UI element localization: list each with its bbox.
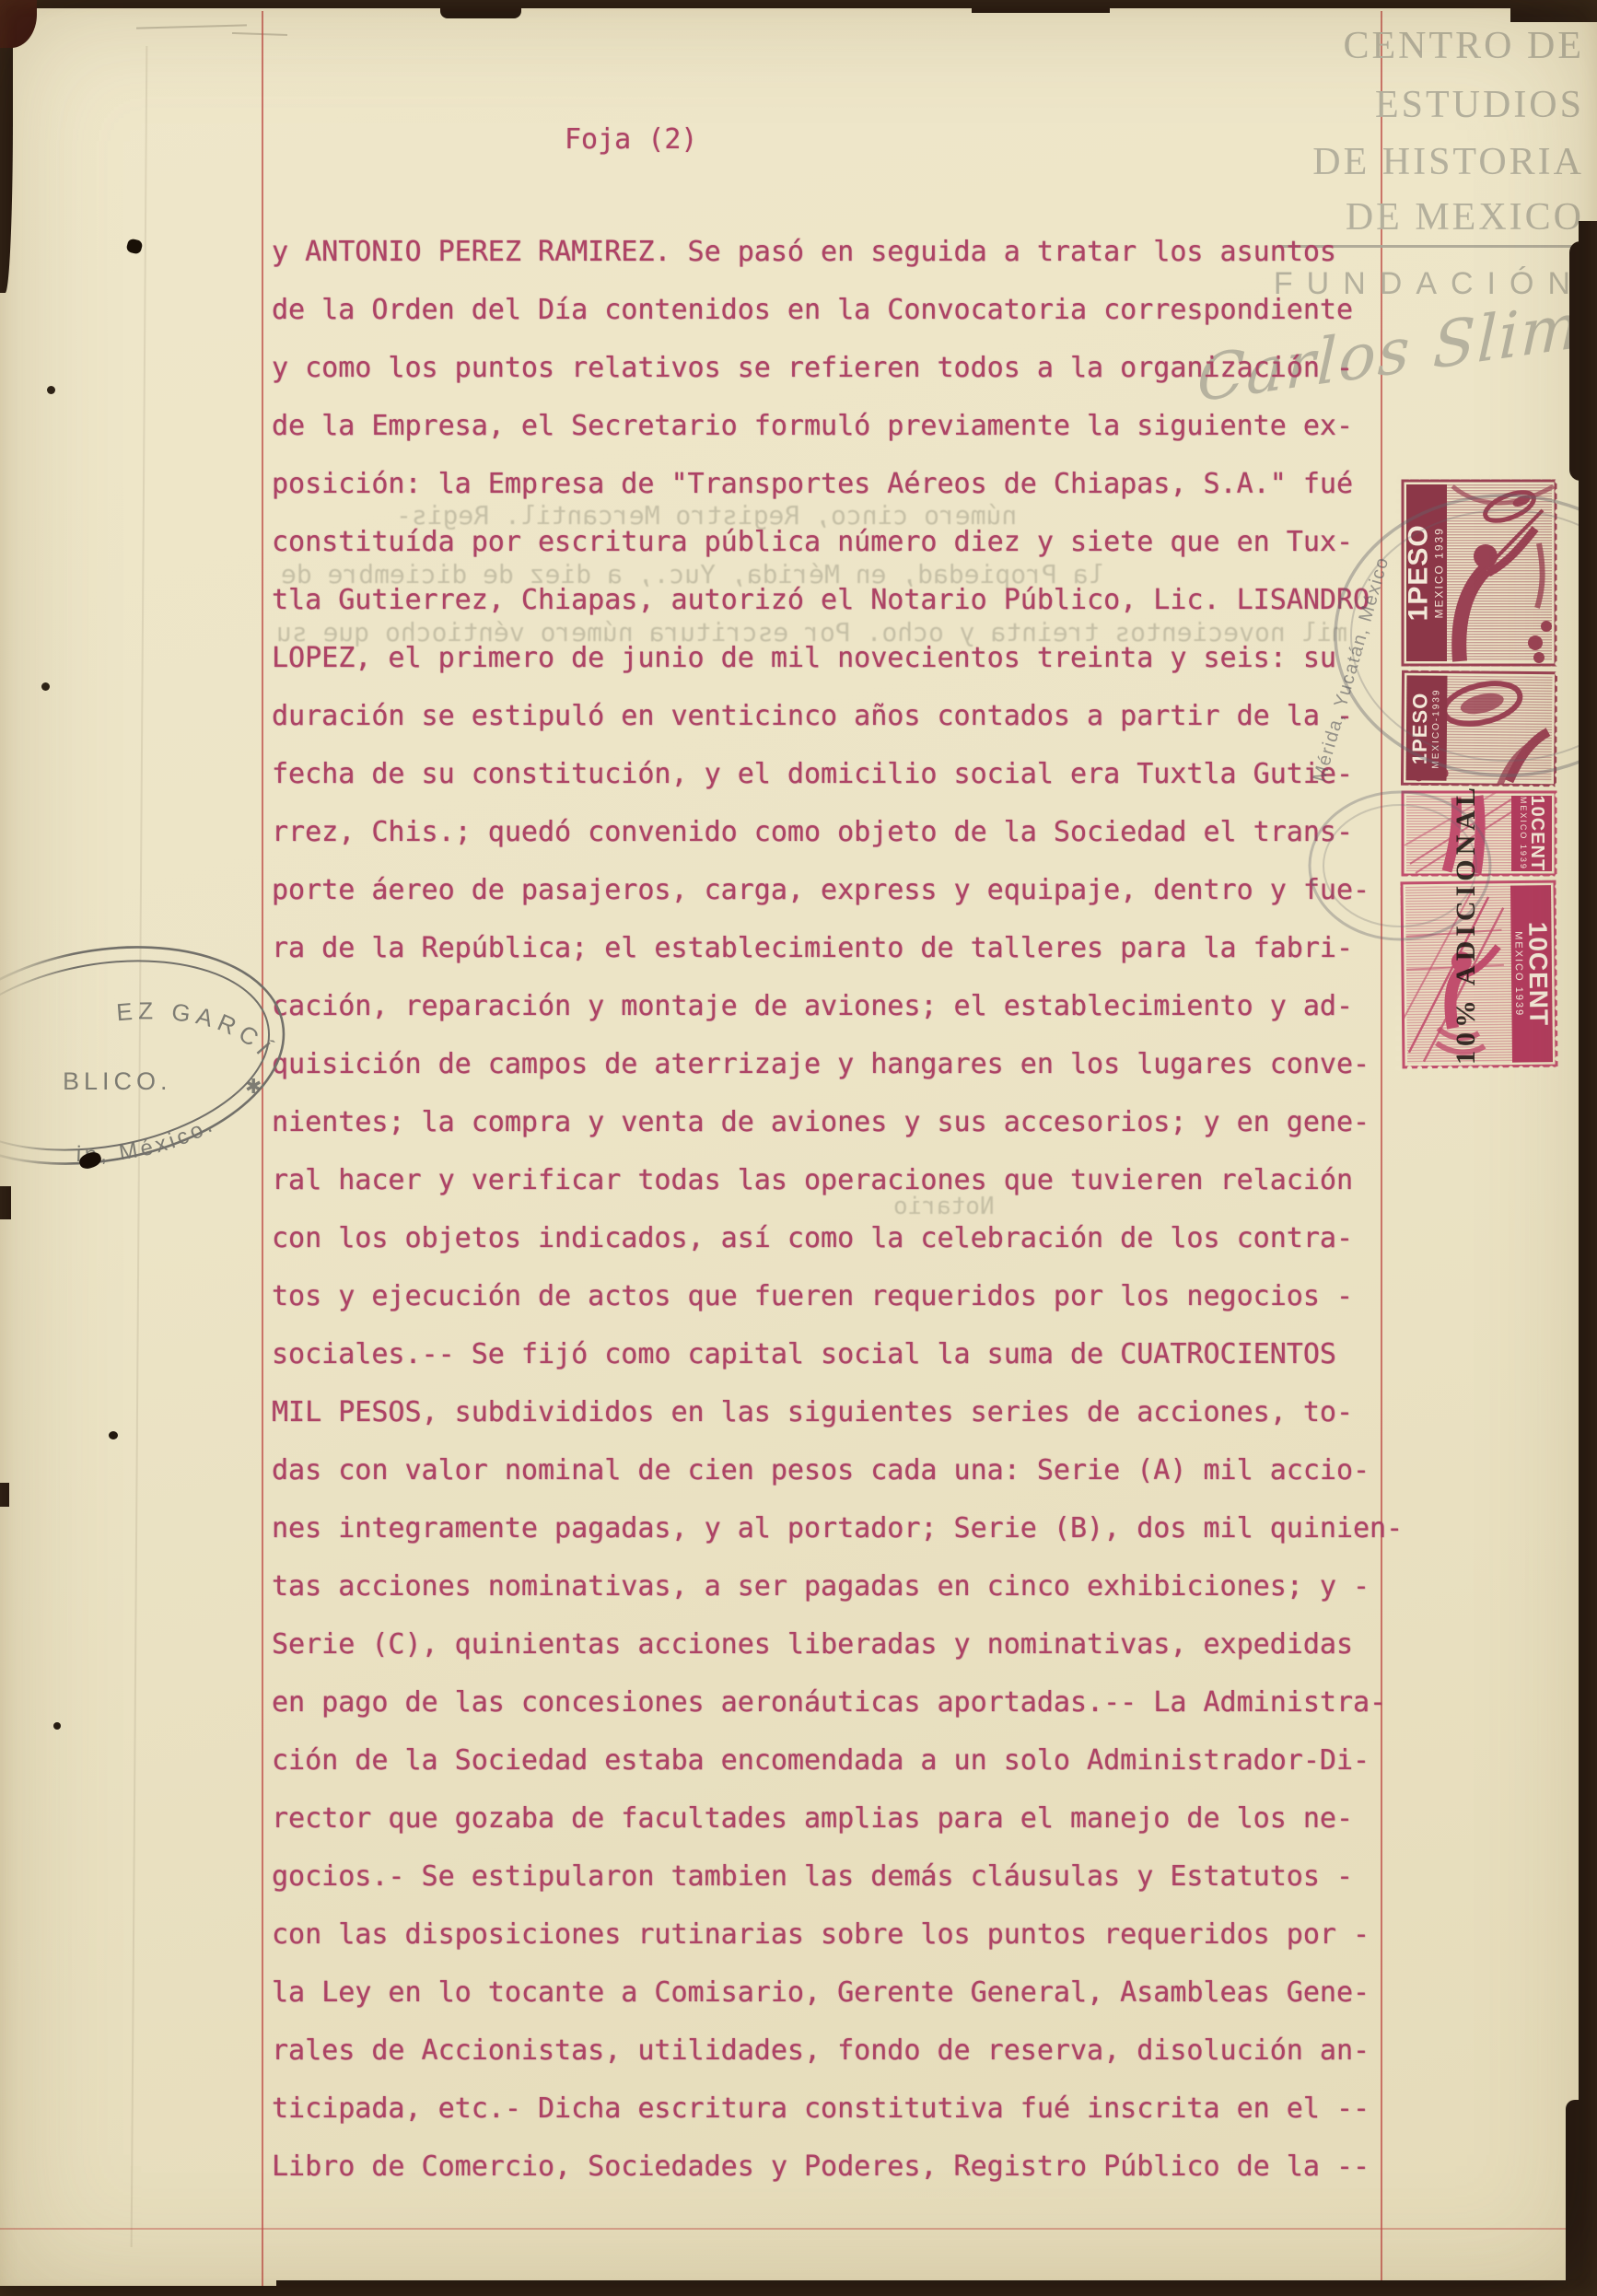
typewritten-line: ticipada, etc.- Dicha escritura constitu… — [272, 2080, 1403, 2138]
typewritten-line: quisición de campos de aterrizaje y hang… — [272, 1035, 1403, 1093]
typewritten-line: tla Gutierrez, Chiapas, autorizó el Nota… — [272, 571, 1403, 629]
scanned-document-page: CENTRO DEESTUDIOSDE HISTORIADE MEXICO FU… — [0, 0, 1597, 2296]
typewritten-line: con los objetos indicados, así como la c… — [272, 1209, 1403, 1267]
bottom-margin-line — [0, 2228, 1597, 2230]
watermark-line: ESTUDIOS — [1375, 83, 1584, 127]
typewritten-line: cación, reparación y montaje de aviones;… — [272, 977, 1403, 1035]
typewritten-text-block: y ANTONIO PEREZ RAMIREZ. Se pasó en segu… — [272, 223, 1403, 2196]
ink-speck — [109, 1431, 118, 1439]
typewritten-line: tos y ejecución de actos que fueren requ… — [272, 1267, 1403, 1325]
typewritten-line: rrez, Chis.; quedó convenido como objeto… — [272, 803, 1403, 861]
cancellation-place-text: Mérida, Yucatán, México — [1310, 554, 1393, 784]
typewritten-line: ra de la República; el establecimiento d… — [272, 919, 1403, 977]
scan-edge-top — [440, 0, 521, 18]
typewritten-line: con las disposiciones rutinarias sobre l… — [272, 1906, 1403, 1964]
typewritten-line: das con valor nominal de cien pesos cada… — [272, 1441, 1403, 1499]
typewritten-line: MIL PESOS, subdivididos en las siguiente… — [272, 1383, 1403, 1441]
ink-speck — [41, 682, 50, 691]
typewritten-line: ral hacer y verificar todas las operacio… — [272, 1151, 1403, 1209]
typewritten-line: la Ley en lo tocante a Comisario, Gerent… — [272, 1964, 1403, 2022]
typewritten-line: sociales.-- Se fijó como capital social … — [272, 1325, 1403, 1383]
scan-edge-top — [972, 0, 1110, 13]
folio-number: Foja (2) — [565, 123, 698, 156]
typewritten-line: de la Orden del Día contenidos en la Con… — [272, 281, 1403, 339]
typewritten-line: fecha de su constitución, y el domicilio… — [272, 745, 1403, 803]
scan-edge-nick — [0, 1186, 11, 1219]
scan-edge-right — [1566, 2100, 1597, 2296]
typewritten-line: gocios.- Se estipularon tambien las demá… — [272, 1847, 1403, 1906]
pencil-smudge — [232, 32, 287, 36]
ink-speck — [47, 386, 55, 394]
scan-edge-top — [0, 0, 1597, 8]
ink-speck — [53, 1722, 61, 1730]
typewritten-line: ción de la Sociedad estaba encomendada a… — [272, 1731, 1403, 1789]
scan-edge-right — [1579, 221, 1597, 2296]
typewritten-line: y como los puntos relativos se refieren … — [272, 339, 1403, 397]
cancellation-mark: Mérida, Yucatán, México — [1271, 479, 1597, 1105]
typewritten-line: rector que gozaba de facultades amplias … — [272, 1789, 1403, 1847]
typewritten-line: Libro de Comercio, Sociedades y Poderes,… — [272, 2138, 1403, 2196]
watermark-line: DE HISTORIA — [1312, 140, 1584, 184]
typewritten-line: constituída por escritura pública número… — [272, 513, 1403, 571]
scan-edge-nick — [0, 1483, 9, 1507]
typewritten-line: en pago de las concesiones aeronáuticas … — [272, 1673, 1403, 1731]
seal-middle-text: BLICO. — [63, 1067, 172, 1095]
scan-edge-right — [1569, 241, 1597, 481]
typewritten-line: de la Empresa, el Secretario formuló pre… — [272, 397, 1403, 455]
seal-star-icon: ✱ — [245, 1075, 262, 1098]
notary-seal: EZ GARCÍA BLICO. in, México. ✱ — [0, 926, 295, 1193]
watermark-line: CENTRO DE — [1344, 24, 1585, 68]
typewritten-line: y ANTONIO PEREZ RAMIREZ. Se pasó en segu… — [272, 223, 1403, 281]
scan-edge-top-right — [1510, 0, 1597, 22]
typewritten-line: LOPEZ, el primero de junio de mil noveci… — [272, 629, 1403, 687]
stamp-overprint-text: 10% ADICIONAL — [1451, 776, 1482, 1071]
typewritten-line: nientes; la compra y venta de aviones y … — [272, 1093, 1403, 1151]
typewritten-line: posición: la Empresa de "Transportes Aér… — [272, 455, 1403, 513]
scan-edge-bottom — [276, 2280, 1597, 2296]
scan-edge-corner — [0, 0, 37, 48]
typewritten-line: tas acciones nominativas, a ser pagadas … — [272, 1557, 1403, 1615]
pencil-smudge — [136, 24, 247, 29]
typewritten-line: Serie (C), quinientas acciones liberadas… — [272, 1615, 1403, 1673]
typewritten-line: rales de Accionistas, utilidades, fondo … — [272, 2022, 1403, 2080]
typewritten-line: nes integramente pagadas, y al portador;… — [272, 1499, 1403, 1557]
punch-hole — [125, 238, 143, 255]
typewritten-line: duración se estipuló en venticinco años … — [272, 687, 1403, 745]
typewritten-line: porte áereo de pasajeros, carga, express… — [272, 861, 1403, 919]
